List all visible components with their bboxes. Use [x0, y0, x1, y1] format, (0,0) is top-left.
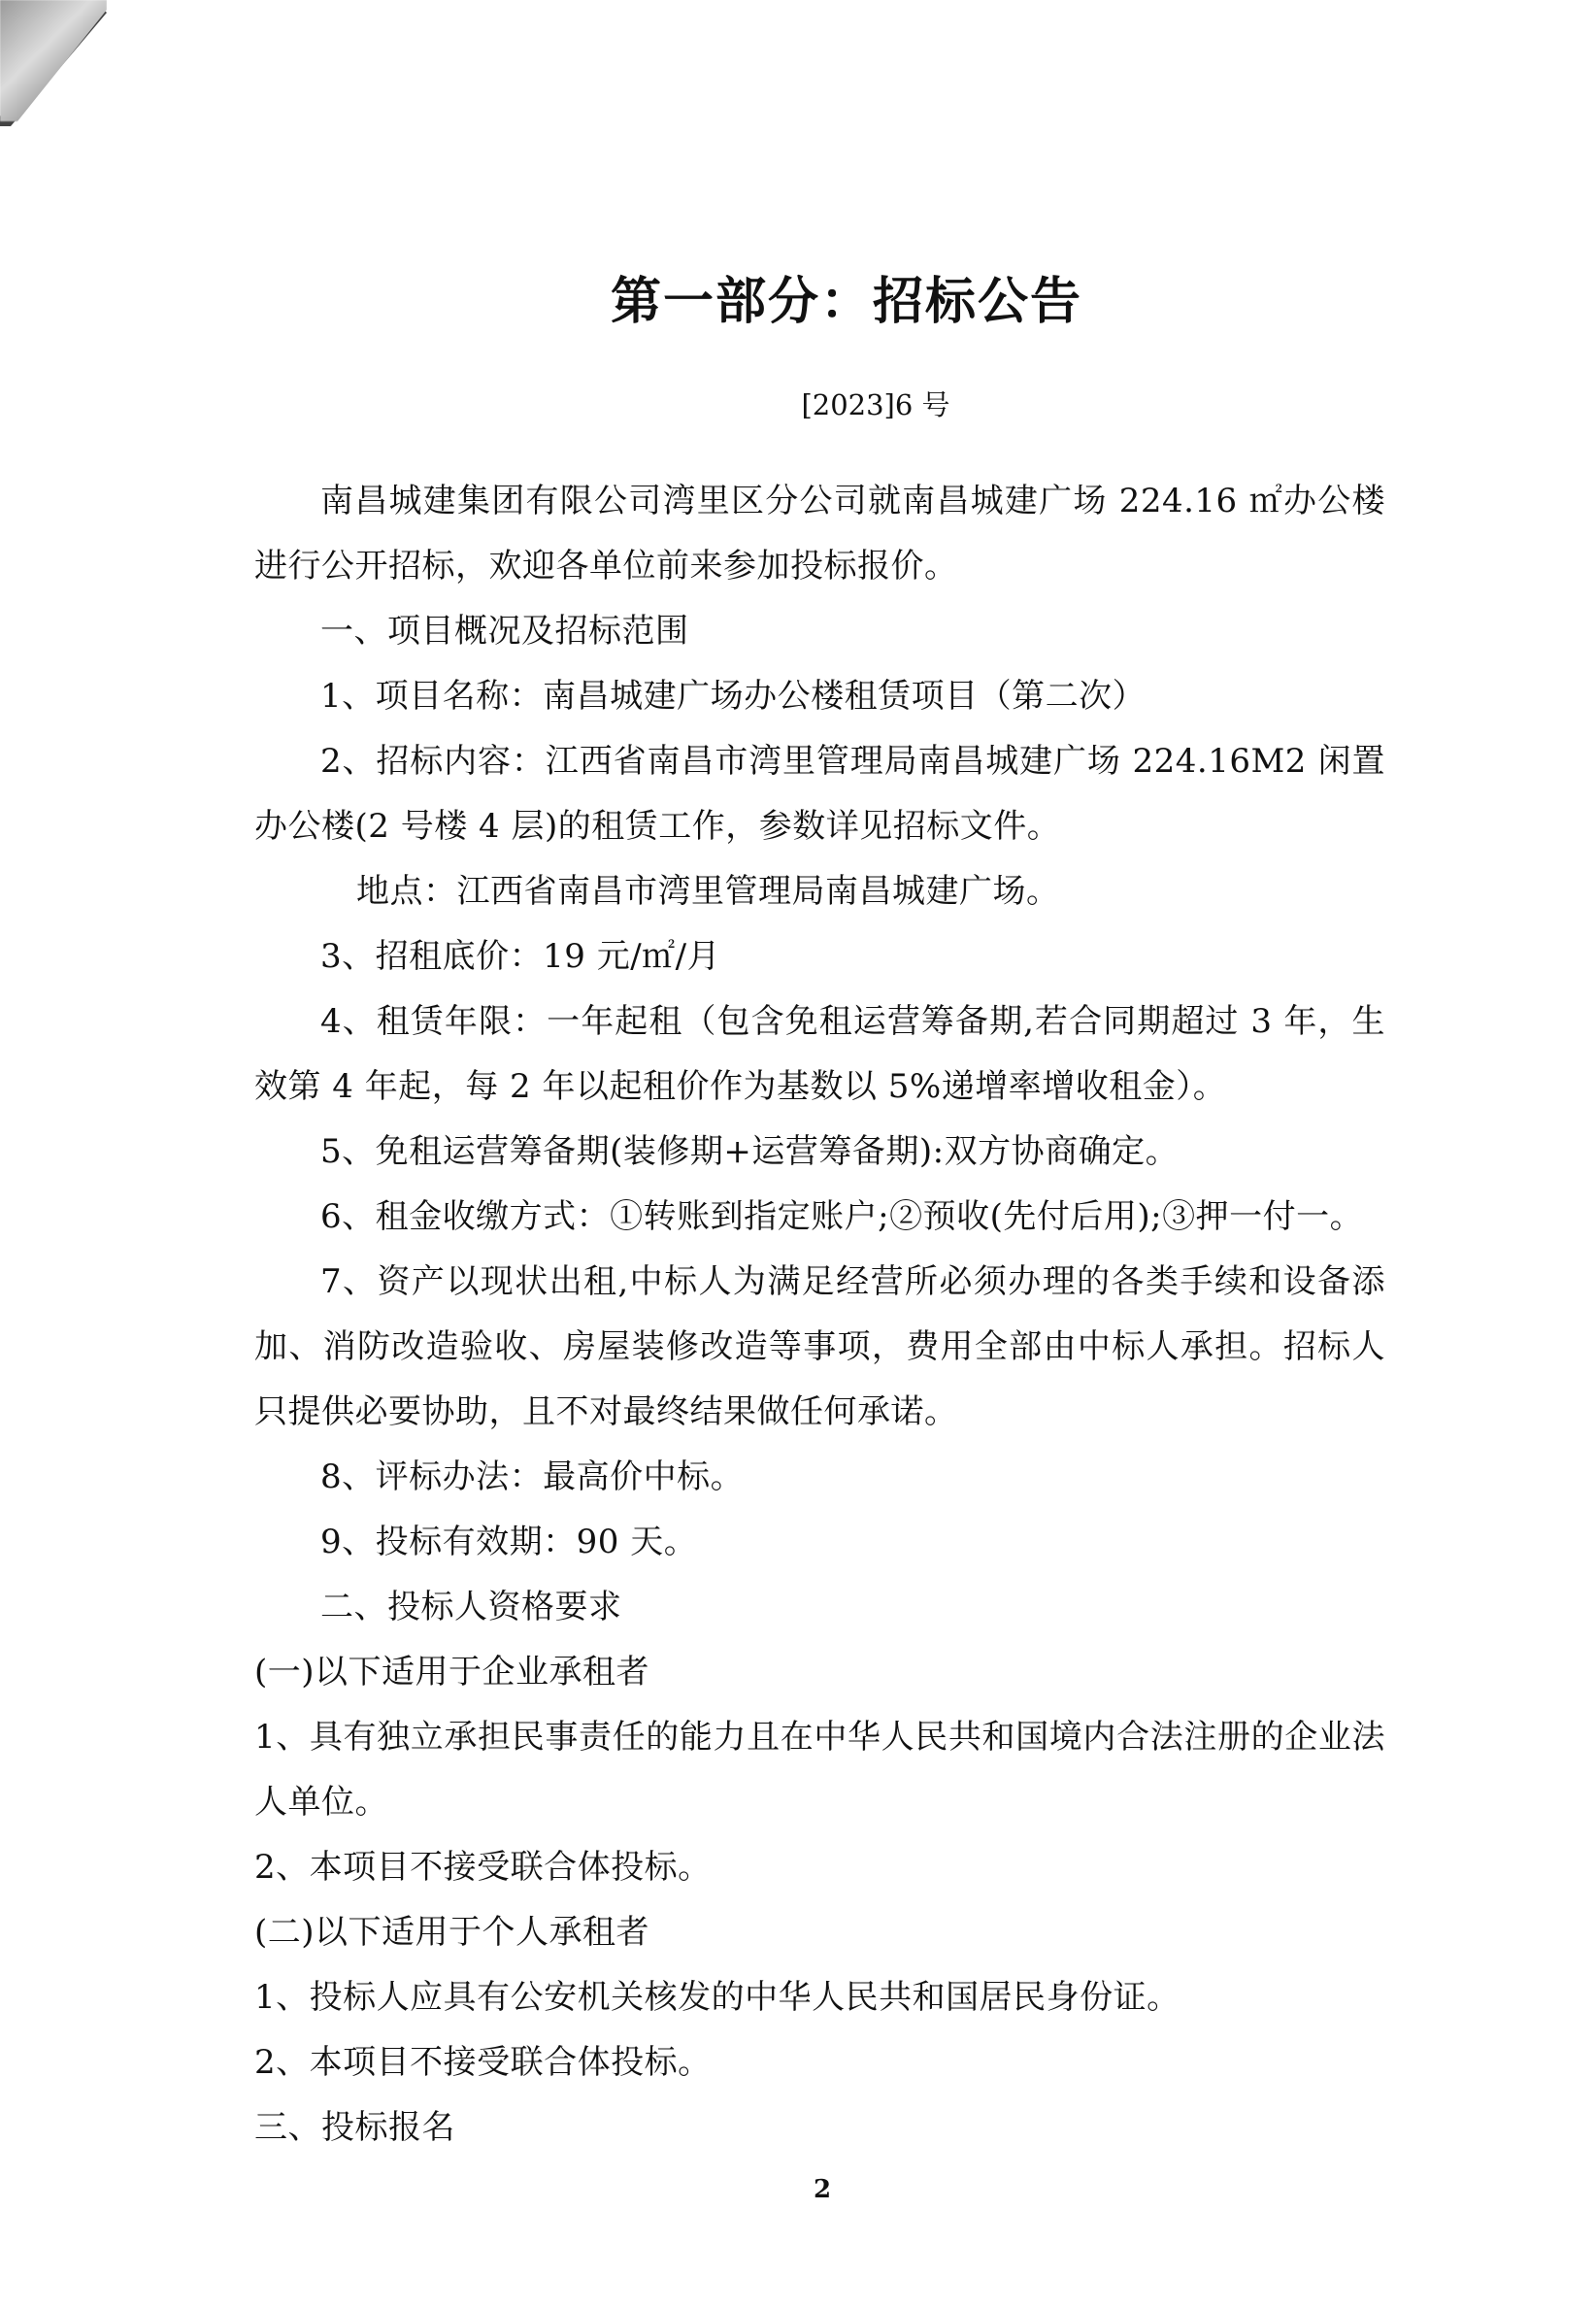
list-item: 2、本项目不接受联合体投标。	[254, 1835, 1385, 1900]
list-item: 3、招租底价：19 元/㎡/月	[254, 924, 1385, 989]
list-item: 5、免租运营筹备期(装修期+运营筹备期):双方协商确定。	[254, 1120, 1385, 1185]
list-item: 9、投标有效期：90 天。	[254, 1510, 1385, 1575]
page-title: 第一部分：招标公告	[0, 260, 1596, 333]
scan-corner-fold	[0, 0, 107, 121]
subsection-heading-individual: (二)以下适用于个人承租者	[254, 1900, 1385, 1965]
section-heading-2: 二、投标人资格要求	[254, 1575, 1385, 1640]
document-body: 南昌城建集团有限公司湾里区分公司就南昌城建广场 224.16 ㎡办公楼进行公开招…	[254, 469, 1385, 2160]
list-item: 1、项目名称：南昌城建广场办公楼租赁项目（第二次）	[254, 664, 1385, 729]
list-item: 1、投标人应具有公安机关核发的中华人民共和国居民身份证。	[254, 1965, 1385, 2030]
page-number: 2	[0, 2175, 1596, 2204]
list-item: 1、具有独立承担民事责任的能力且在中华人民共和国境内合法注册的企业法人单位。	[254, 1705, 1385, 1835]
list-item: 2、招标内容：江西省南昌市湾里管理局南昌城建广场 224.16M2 闲置办公楼(…	[254, 729, 1385, 859]
list-item: 2、本项目不接受联合体投标。	[254, 2030, 1385, 2095]
section-heading-1: 一、项目概况及招标范围	[254, 599, 1385, 664]
subsection-heading-enterprise: (一)以下适用于企业承租者	[254, 1640, 1385, 1705]
document-number: [2023]6 号	[0, 384, 1596, 423]
list-item: 6、租金收缴方式：①转账到指定账户;②预收(先付后用);③押一付一。	[254, 1185, 1385, 1250]
list-item: 4、租赁年限：一年起租（包含免租运营筹备期,若合同期超过 3 年，生效第 4 年…	[254, 989, 1385, 1120]
intro-paragraph: 南昌城建集团有限公司湾里区分公司就南昌城建广场 224.16 ㎡办公楼进行公开招…	[254, 469, 1385, 599]
list-item: 7、资产以现状出租,中标人为满足经营所必须办理的各类手续和设备添加、消防改造验收…	[254, 1250, 1385, 1445]
list-item: 地点：江西省南昌市湾里管理局南昌城建广场。	[254, 859, 1385, 924]
section-heading-3: 三、投标报名	[254, 2095, 1385, 2160]
list-item: 8、评标办法：最高价中标。	[254, 1445, 1385, 1510]
